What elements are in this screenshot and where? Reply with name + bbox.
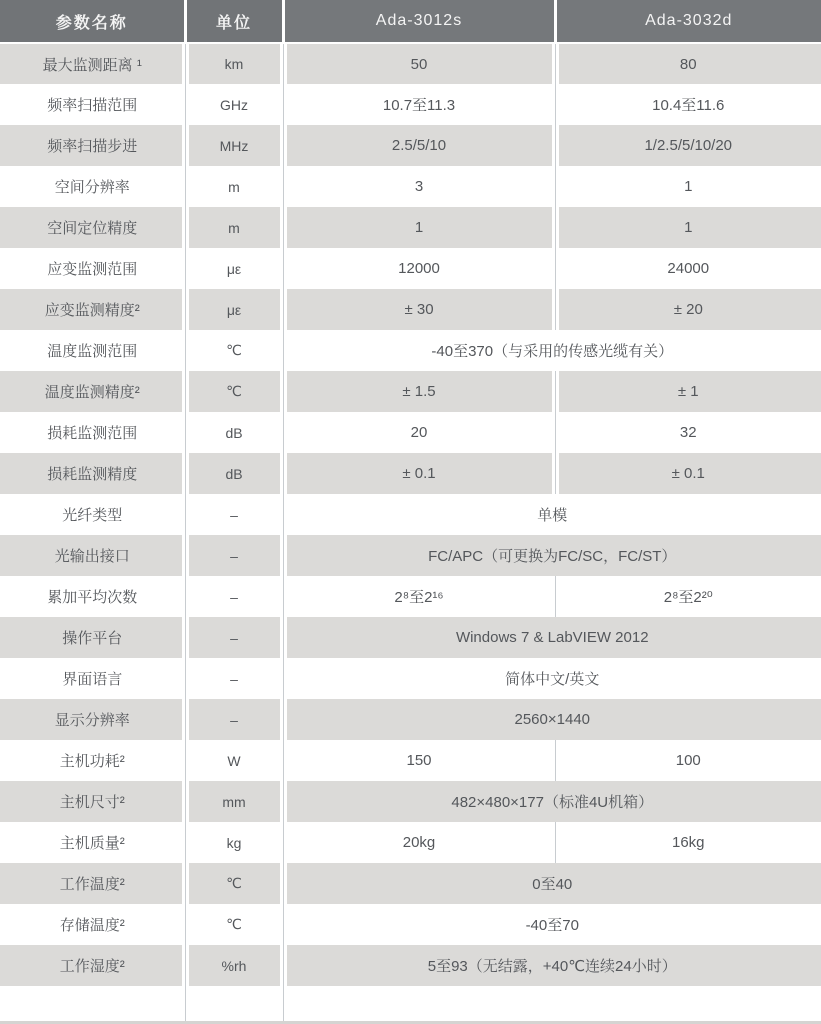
value-cell-merged: 482×480×177（标准4U机箱）	[283, 781, 821, 822]
value-cell-ada-3012s: 50	[283, 43, 555, 84]
value-cell-ada-3012s: 150	[283, 740, 555, 781]
value-cell-ada-3032d: ± 1	[555, 371, 821, 412]
value-cell-merged: -40至70	[283, 904, 821, 945]
spec-table: 参数名称 单位 Ada-3012s Ada-3032d 最大监测距离 ¹km50…	[0, 0, 821, 1024]
unit-cell: με	[185, 289, 283, 330]
table-row: 最大监测距离 ¹km5080	[0, 43, 821, 84]
value-cell-ada-3032d: 1	[555, 207, 821, 248]
value-cell-ada-3032d: 32	[555, 412, 821, 453]
table-row	[0, 986, 821, 1022]
value-cell-merged: Windows 7 & LabVIEW 2012	[283, 617, 821, 658]
param-name-cell	[0, 986, 185, 1022]
unit-cell: –	[185, 535, 283, 576]
unit-cell: %rh	[185, 945, 283, 986]
unit-cell: GHz	[185, 84, 283, 125]
param-name-cell: 频率扫描范围	[0, 84, 185, 125]
param-name-cell: 温度监测精度²	[0, 371, 185, 412]
table-row: 累加平均次数–2⁸至2¹⁶2⁸至2²⁰	[0, 576, 821, 617]
value-cell-merged: FC/APC（可更换为FC/SC，FC/ST）	[283, 535, 821, 576]
param-name-cell: 空间定位精度	[0, 207, 185, 248]
value-cell-merged: 5至93（无结露，+40℃连续24小时）	[283, 945, 821, 986]
unit-cell: –	[185, 494, 283, 535]
param-name-cell: 应变监测范围	[0, 248, 185, 289]
value-cell-ada-3012s: 1	[283, 207, 555, 248]
unit-cell: με	[185, 248, 283, 289]
unit-cell: m	[185, 207, 283, 248]
value-cell-ada-3012s: 10.7至11.3	[283, 84, 555, 125]
table-row: 存储温度²℃-40至70	[0, 904, 821, 945]
table-row: 工作湿度²%rh5至93（无结露，+40℃连续24小时）	[0, 945, 821, 986]
param-name-cell: 显示分辨率	[0, 699, 185, 740]
value-cell-ada-3032d: 2⁸至2²⁰	[555, 576, 821, 617]
unit-cell: ℃	[185, 904, 283, 945]
unit-cell: ℃	[185, 863, 283, 904]
param-name-cell: 界面语言	[0, 658, 185, 699]
table-row: 空间定位精度m11	[0, 207, 821, 248]
param-name-cell: 光纤类型	[0, 494, 185, 535]
value-cell-ada-3012s: ± 1.5	[283, 371, 555, 412]
value-cell-ada-3012s: ± 0.1	[283, 453, 555, 494]
param-name-cell: 累加平均次数	[0, 576, 185, 617]
value-cell-ada-3032d: 10.4至11.6	[555, 84, 821, 125]
value-cell-ada-3012s: 2⁸至2¹⁶	[283, 576, 555, 617]
spec-sheet-page: 参数名称 单位 Ada-3012s Ada-3032d 最大监测距离 ¹km50…	[0, 0, 821, 1024]
unit-cell: mm	[185, 781, 283, 822]
param-name-cell: 主机质量²	[0, 822, 185, 863]
value-cell-merged: 2560×1440	[283, 699, 821, 740]
table-row: 温度监测精度²℃± 1.5± 1	[0, 371, 821, 412]
table-row: 界面语言–简体中文/英文	[0, 658, 821, 699]
unit-cell: W	[185, 740, 283, 781]
unit-cell: dB	[185, 412, 283, 453]
param-name-cell: 损耗监测精度	[0, 453, 185, 494]
unit-cell: –	[185, 617, 283, 658]
param-name-cell: 工作湿度²	[0, 945, 185, 986]
value-cell-ada-3032d: ± 20	[555, 289, 821, 330]
unit-cell: km	[185, 43, 283, 84]
table-row: 应变监测精度²με± 30± 20	[0, 289, 821, 330]
param-name-cell: 工作温度²	[0, 863, 185, 904]
param-name-cell: 存储温度²	[0, 904, 185, 945]
table-row: 频率扫描范围GHz10.7至11.310.4至11.6	[0, 84, 821, 125]
unit-cell: –	[185, 576, 283, 617]
table-row: 显示分辨率–2560×1440	[0, 699, 821, 740]
unit-cell: kg	[185, 822, 283, 863]
table-row: 光纤类型–单模	[0, 494, 821, 535]
value-cell-merged	[283, 986, 821, 1022]
unit-cell: dB	[185, 453, 283, 494]
table-row: 主机质量²kg20kg16kg	[0, 822, 821, 863]
value-cell-ada-3012s: 3	[283, 166, 555, 207]
param-name-cell: 最大监测距离 ¹	[0, 43, 185, 84]
table-row: 主机尺寸²mm482×480×177（标准4U机箱）	[0, 781, 821, 822]
value-cell-ada-3032d: 1	[555, 166, 821, 207]
value-cell-ada-3032d: 1/2.5/5/10/20	[555, 125, 821, 166]
spec-table-body: 最大监测距离 ¹km5080频率扫描范围GHz10.7至11.310.4至11.…	[0, 43, 821, 1022]
unit-cell: –	[185, 658, 283, 699]
table-row: 温度监测范围℃-40至370（与采用的传感光缆有关）	[0, 330, 821, 371]
table-row: 损耗监测精度dB± 0.1± 0.1	[0, 453, 821, 494]
param-name-cell: 损耗监测范围	[0, 412, 185, 453]
value-cell-ada-3032d: 100	[555, 740, 821, 781]
value-cell-ada-3032d: 16kg	[555, 822, 821, 863]
unit-cell: m	[185, 166, 283, 207]
value-cell-merged: -40至370（与采用的传感光缆有关）	[283, 330, 821, 371]
value-cell-ada-3032d: ± 0.1	[555, 453, 821, 494]
table-row: 频率扫描步进MHz2.5/5/101/2.5/5/10/20	[0, 125, 821, 166]
value-cell-ada-3012s: 12000	[283, 248, 555, 289]
param-name-cell: 操作平台	[0, 617, 185, 658]
unit-cell: ℃	[185, 371, 283, 412]
value-cell-merged: 0至40	[283, 863, 821, 904]
table-row: 空间分辨率m31	[0, 166, 821, 207]
param-name-cell: 主机功耗²	[0, 740, 185, 781]
table-row: 光输出接口–FC/APC（可更换为FC/SC，FC/ST）	[0, 535, 821, 576]
table-row: 损耗监测范围dB2032	[0, 412, 821, 453]
header-unit: 单位	[185, 0, 283, 43]
param-name-cell: 频率扫描步进	[0, 125, 185, 166]
param-name-cell: 应变监测精度²	[0, 289, 185, 330]
header-model-ada-3012s: Ada-3012s	[283, 0, 555, 43]
header-param-name: 参数名称	[0, 0, 185, 43]
header-row: 参数名称 单位 Ada-3012s Ada-3032d	[0, 0, 821, 43]
value-cell-ada-3012s: 20	[283, 412, 555, 453]
unit-cell: MHz	[185, 125, 283, 166]
table-row: 操作平台–Windows 7 & LabVIEW 2012	[0, 617, 821, 658]
header-model-ada-3032d: Ada-3032d	[555, 0, 821, 43]
param-name-cell: 光输出接口	[0, 535, 185, 576]
unit-cell	[185, 986, 283, 1022]
table-row: 应变监测范围με1200024000	[0, 248, 821, 289]
value-cell-merged: 单模	[283, 494, 821, 535]
table-row: 工作温度²℃0至40	[0, 863, 821, 904]
param-name-cell: 空间分辨率	[0, 166, 185, 207]
unit-cell: ℃	[185, 330, 283, 371]
unit-cell: –	[185, 699, 283, 740]
value-cell-merged: 简体中文/英文	[283, 658, 821, 699]
table-row: 主机功耗²W150100	[0, 740, 821, 781]
value-cell-ada-3012s: 20kg	[283, 822, 555, 863]
param-name-cell: 温度监测范围	[0, 330, 185, 371]
value-cell-ada-3012s: 2.5/5/10	[283, 125, 555, 166]
value-cell-ada-3012s: ± 30	[283, 289, 555, 330]
value-cell-ada-3032d: 80	[555, 43, 821, 84]
param-name-cell: 主机尺寸²	[0, 781, 185, 822]
value-cell-ada-3032d: 24000	[555, 248, 821, 289]
